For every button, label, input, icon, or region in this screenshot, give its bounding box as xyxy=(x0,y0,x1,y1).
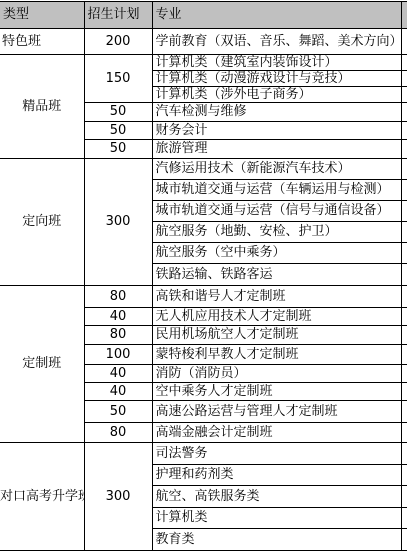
major-cell: 计算机类 xyxy=(152,508,401,529)
section-type-cell: 对口高考升学班 xyxy=(0,443,84,551)
clipped-column-cell xyxy=(401,122,407,140)
major-cell: 消防（消防员） xyxy=(152,365,401,383)
table-row: 精品班150计算机类（建筑室内装饰设计） xyxy=(0,55,407,71)
clipped-column-cell xyxy=(401,465,407,486)
major-cell: 城市轨道交通与运营（车辆运用与检测） xyxy=(152,180,401,201)
plan-cell: 300 xyxy=(84,159,152,286)
major-cell: 计算机类（涉外电子商务） xyxy=(152,87,401,103)
clipped-column-cell xyxy=(401,326,407,345)
section-type-cell: 定向班 xyxy=(0,159,84,286)
plan-cell: 80 xyxy=(84,326,152,345)
major-cell: 城市轨道交通与运营（信号与通信设备） xyxy=(152,201,401,222)
clipped-column-cell xyxy=(401,508,407,529)
major-cell: 旅游管理 xyxy=(152,140,401,159)
plan-cell: 300 xyxy=(84,443,152,551)
plan-cell: 50 xyxy=(84,140,152,159)
header-row: 类型招生计划专业 xyxy=(0,2,407,29)
major-cell: 空中乘务人才定制班 xyxy=(152,383,401,401)
major-cell: 铁路运输、铁路客运 xyxy=(152,264,401,286)
table-row: 定制班80高铁和谐号人才定制班 xyxy=(0,286,407,308)
header-cell-major: 专业 xyxy=(152,2,401,29)
clipped-column-cell xyxy=(401,443,407,465)
plan-cell: 40 xyxy=(84,383,152,401)
header-cell-type: 类型 xyxy=(0,2,84,29)
table-header: 类型招生计划专业 xyxy=(0,2,407,29)
plan-cell: 50 xyxy=(84,103,152,122)
plan-cell: 80 xyxy=(84,286,152,308)
major-cell: 航空服务（空中乘务） xyxy=(152,243,401,264)
major-cell: 民用机场航空人才定制班 xyxy=(152,326,401,345)
table-body: 特色班200学前教育（双语、音乐、舞蹈、美术方向）精品班150计算机类（建筑室内… xyxy=(0,29,407,551)
table-row: 特色班200学前教育（双语、音乐、舞蹈、美术方向） xyxy=(0,29,407,55)
clipped-column-cell xyxy=(401,423,407,443)
clipped-column-cell xyxy=(401,264,407,286)
plan-cell: 80 xyxy=(84,423,152,443)
clipped-column-cell xyxy=(401,345,407,365)
table-row: 对口高考升学班300司法警务 xyxy=(0,443,407,465)
clipped-column-cell xyxy=(401,222,407,243)
major-cell: 高端金融会计定制班 xyxy=(152,423,401,443)
major-cell: 航空、高铁服务类 xyxy=(152,486,401,508)
clipped-column-cell xyxy=(401,529,407,551)
clipped-column-cell xyxy=(401,103,407,122)
major-cell: 汽修运用技术（新能源汽车技术） xyxy=(152,159,401,180)
clipped-column-cell xyxy=(401,201,407,222)
section-type-cell: 精品班 xyxy=(0,55,84,159)
plan-cell: 150 xyxy=(84,55,152,103)
clipped-column-cell xyxy=(401,180,407,201)
major-cell: 财务会计 xyxy=(152,122,401,140)
major-cell: 计算机类（建筑室内装饰设计） xyxy=(152,55,401,71)
clipped-column-cell xyxy=(401,383,407,401)
major-cell: 航空服务（地勤、安检、护卫） xyxy=(152,222,401,243)
major-cell: 教育类 xyxy=(152,529,401,551)
clipped-column-cell xyxy=(401,286,407,308)
clipped-column-cell xyxy=(401,55,407,71)
clipped-column-cell xyxy=(401,140,407,159)
clipped-column-cell xyxy=(401,243,407,264)
major-cell: 护理和药剂类 xyxy=(152,465,401,486)
section-type-cell: 特色班 xyxy=(0,29,84,55)
plan-cell: 50 xyxy=(84,122,152,140)
plan-cell: 200 xyxy=(84,29,152,55)
major-cell: 无人机应用技术人才定制班 xyxy=(152,308,401,326)
enrollment-table: 类型招生计划专业 特色班200学前教育（双语、音乐、舞蹈、美术方向）精品班150… xyxy=(0,1,407,551)
screenshot-root: 类型招生计划专业 特色班200学前教育（双语、音乐、舞蹈、美术方向）精品班150… xyxy=(0,0,407,554)
plan-cell: 50 xyxy=(84,401,152,423)
clipped-column-cell xyxy=(401,401,407,423)
plan-cell: 40 xyxy=(84,365,152,383)
clipped-column-cell xyxy=(401,159,407,180)
header-cell-plan: 招生计划 xyxy=(84,2,152,29)
plan-cell: 40 xyxy=(84,308,152,326)
major-cell: 计算机类（动漫游戏设计与竞技） xyxy=(152,71,401,87)
plan-cell: 100 xyxy=(84,345,152,365)
clipped-column-cell xyxy=(401,29,407,55)
clipped-column-header xyxy=(401,2,407,29)
major-cell: 高速公路运营与管理人才定制班 xyxy=(152,401,401,423)
major-cell: 司法警务 xyxy=(152,443,401,465)
major-cell: 学前教育（双语、音乐、舞蹈、美术方向） xyxy=(152,29,401,55)
section-type-cell: 定制班 xyxy=(0,286,84,443)
major-cell: 汽车检测与维修 xyxy=(152,103,401,122)
table-row: 定向班300汽修运用技术（新能源汽车技术） xyxy=(0,159,407,180)
clipped-column-cell xyxy=(401,486,407,508)
major-cell: 高铁和谐号人才定制班 xyxy=(152,286,401,308)
clipped-column-cell xyxy=(401,87,407,103)
clipped-column-cell xyxy=(401,308,407,326)
clipped-column-cell xyxy=(401,71,407,87)
major-cell: 蒙特梭利早教人才定制班 xyxy=(152,345,401,365)
clipped-column-cell xyxy=(401,365,407,383)
